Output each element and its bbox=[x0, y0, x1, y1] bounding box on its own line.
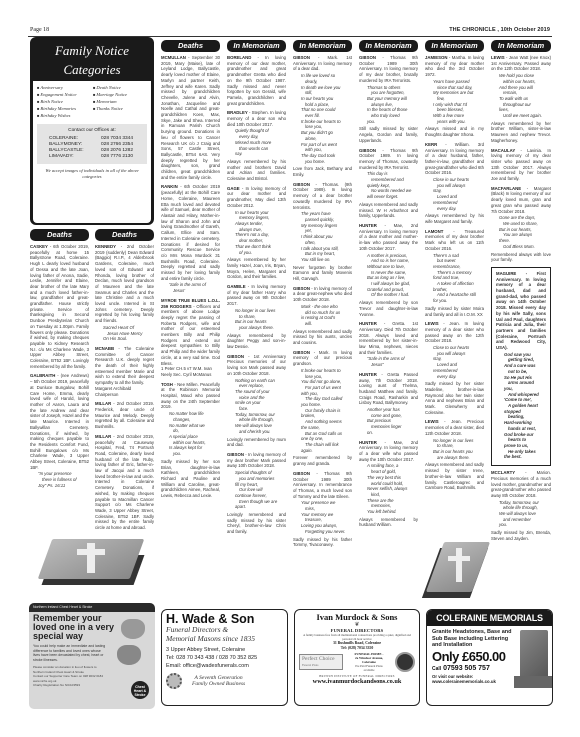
notice-text: - Officers and members of above Lodge de… bbox=[161, 304, 220, 366]
verse-line: the best. bbox=[504, 454, 546, 460]
murdock-funeral-ad[interactable]: Ivan Murdock & Sons ❦ FUNERAL DIRECTORS … bbox=[294, 609, 420, 706]
notice-text: - Gretta. 1st Anniversary. Died 7th Octo… bbox=[359, 321, 418, 355]
notice-closing: Sadly missed by her son Brian, daughter-… bbox=[161, 459, 220, 499]
category-item: Marriage Notice bbox=[93, 91, 147, 98]
verse-line: apart. bbox=[235, 504, 286, 510]
ad-headline: Remember your loved one in a very specia… bbox=[29, 612, 119, 641]
notice-verse: The years havepassed quickly,My memory l… bbox=[293, 211, 352, 262]
office-name: LIMAVADY: bbox=[49, 154, 74, 160]
ad-price: Only £650.00 bbox=[432, 649, 547, 665]
notice-closing: Sadly missed by Jim, Brenda, Steven and … bbox=[491, 530, 551, 541]
verse-line: for you. bbox=[433, 298, 484, 304]
notice-name: GIBSON bbox=[227, 354, 244, 359]
notice-name: JAMIESON bbox=[425, 55, 447, 60]
prepaid-note: Pre Paid Funeral Plans available bbox=[351, 665, 387, 672]
notice-closing: Forever remembered by granny and granda. bbox=[293, 455, 352, 466]
notice-name: GAGE bbox=[227, 186, 240, 191]
office-row: LIMAVADY:028 7776 2130 bbox=[43, 154, 141, 160]
verse-line: every day. bbox=[433, 206, 484, 212]
notice-closing: Love from Jack, Bethany and Emily. bbox=[293, 166, 352, 177]
family-notice-categories-box: Family Notice Categories Anniversary Dea… bbox=[30, 37, 154, 225]
notice-entry: KERR - William. 3rd Anniversary. In lovi… bbox=[425, 142, 484, 225]
notice-closing: Lovingly remembered by mum and dad. bbox=[227, 437, 286, 448]
notice-verse: "In your presencethere is fullness ofJoy… bbox=[30, 471, 89, 488]
section-header-deaths: Deaths bbox=[161, 40, 220, 52]
notice-entry: MAGUIRE - First Anniversary. In loving m… bbox=[491, 267, 551, 466]
heart-icon bbox=[117, 645, 141, 665]
notice-closing: Always remembered by his wife Margaret a… bbox=[425, 213, 484, 224]
notice-name: BRADLEY bbox=[227, 110, 248, 115]
verse-line: Joy" Ps. 16:11 bbox=[38, 483, 89, 489]
notice-entry: LEWIS - Jean Watt (nee Knox) 1st Anniver… bbox=[491, 55, 551, 144]
notice-name: KERR bbox=[425, 142, 437, 147]
notice-entry: MCNABB - The Coleraine Committee of Canc… bbox=[95, 346, 154, 397]
notice-verse: 'Safe in the arms ofJesus' bbox=[161, 282, 220, 293]
verse-line: will. bbox=[301, 321, 352, 327]
verse-line: of you. bbox=[235, 250, 286, 256]
notice-verse: Mark - the one whodid so much for usis r… bbox=[293, 304, 352, 327]
notice-verse: In our hearts yourmemory lingers,Always … bbox=[227, 210, 286, 256]
notice-text: - Gretta Passed away, 7th October 2018. … bbox=[359, 372, 418, 406]
notice-verse: "Safe in the arms ofJesus" bbox=[359, 356, 418, 367]
verse-line: you. bbox=[367, 119, 418, 125]
notice-entry: GIBSON - Mark. 1st Anniversary. In lovin… bbox=[293, 55, 352, 178]
notice-entry: RANKIN - 6th October 2019 (peacefully) a… bbox=[161, 184, 220, 293]
verse-line: Forgetting you never. bbox=[301, 529, 352, 535]
office-phone: 028 7776 2130 bbox=[101, 154, 133, 160]
notice-entry: MACAULAY - Lavinia. In loving memory of … bbox=[491, 148, 551, 182]
notice-name: HUNTER bbox=[359, 321, 377, 326]
verse-line: You left behind. bbox=[367, 509, 418, 515]
notice-name: TOSH bbox=[161, 382, 173, 387]
notice-name: GIBSON bbox=[293, 55, 310, 60]
verse-line: you. bbox=[499, 522, 551, 528]
notice-entry: GIBSON - Thomas 9th October 1989 30th An… bbox=[293, 471, 352, 548]
ad-description: A family business free from all multinat… bbox=[299, 634, 415, 641]
notice-entry: KENNEDY - 2nd October 2019 (suddenly) De… bbox=[95, 244, 154, 342]
section-header-deaths: Deaths bbox=[30, 229, 89, 241]
notice-signature: Margaret Archibald Chairperson bbox=[95, 386, 154, 397]
memoriam-column-1: In Memoriam BORELAND - In loving memory … bbox=[227, 40, 286, 539]
notice-name: HUNTER bbox=[359, 440, 377, 445]
verse-line: On His Soul. bbox=[103, 336, 154, 342]
verse-line: You still live on. bbox=[301, 257, 352, 263]
coleraine-memorials-ad[interactable]: COLERAINE MEMORIALS Granite Headstones, … bbox=[426, 609, 553, 706]
ad-website[interactable]: www.colerainememorials.co.uk bbox=[432, 679, 547, 685]
notice-signature: 1 Peter CH.5 v7 W.M. Ivan Neely Sec. Cyr… bbox=[161, 366, 220, 377]
notice-name: KENNEDY bbox=[95, 244, 116, 249]
verse-line: Of the mother I had. bbox=[367, 292, 418, 298]
lion-crest-icon bbox=[395, 652, 415, 672]
section-header-in-memoriam: In Memoriam bbox=[425, 40, 484, 52]
notice-name: MACAULAY bbox=[491, 148, 515, 153]
notice-name: MILLAR bbox=[95, 434, 111, 439]
ad-tagline: Family Owned Business bbox=[192, 681, 245, 688]
notice-name: LEWIS bbox=[491, 55, 505, 60]
notice-name: GIBSON bbox=[293, 471, 310, 476]
notice-closing: Lovingly remembered and sadly missed by … bbox=[227, 512, 286, 535]
notice-verse: A smiling face, aheart of gold,The very … bbox=[359, 463, 418, 514]
notice-entry: BORELAND - In loving memory of our dear … bbox=[227, 55, 286, 106]
notice-name: MCCLARTY bbox=[491, 470, 515, 475]
section-header-in-memoriam: In Memoriam bbox=[491, 40, 551, 52]
memoriam-column-5: In Memoriam LEWIS - Jean Watt (nee Knox)… bbox=[491, 40, 551, 546]
notice-closing: Always remembered by her brother William… bbox=[491, 121, 551, 144]
notice-entry: MCMULLAN - September 30 2019, Mary (Mais… bbox=[161, 55, 220, 180]
notice-name: MILLAR bbox=[95, 401, 111, 406]
notice-closing: Still sadly missed by sister Angela, Gor… bbox=[359, 126, 418, 143]
notice-entry: BRADLEY - Stephen. In loving memory of a… bbox=[227, 110, 286, 181]
notice-name: MAGUIRE bbox=[496, 271, 516, 276]
notice-verse: No longer in our livesto share,But in ou… bbox=[227, 308, 286, 331]
verse-line: will never forget. bbox=[367, 194, 418, 200]
notice-entry: GAMBLE - In loving memory of my dear fat… bbox=[227, 284, 286, 350]
notice-entry: HUNTER - Mae, 2nd Anniversary. In loving… bbox=[359, 440, 418, 529]
notice-closing: Always remembered by husband William. bbox=[359, 517, 418, 528]
notice-name: LEWIS bbox=[425, 419, 439, 424]
category-item: Birthday Wishes bbox=[37, 112, 91, 119]
seal-icon bbox=[166, 673, 182, 689]
ad-donation-note: Please consider an donation in lieu of f… bbox=[29, 665, 111, 674]
notice-text: - The Coleraine Committee of Cancer Rese… bbox=[95, 346, 154, 385]
notice-entry: LEWIS - Jean. In loving memory of a dear… bbox=[425, 321, 484, 415]
notice-verse: No longer in our livesto share,But in ou… bbox=[425, 438, 484, 461]
notice-name: GIBSON bbox=[293, 350, 310, 355]
page-header: Page 18 THE CHRONICLE , 10th October 201… bbox=[28, 25, 552, 37]
section-header-in-memoriam: In Memoriam bbox=[359, 40, 418, 52]
notice-verse: Special thoughts ofyou and memoriesfill … bbox=[227, 470, 286, 510]
notice-name: CASKEY bbox=[30, 244, 48, 249]
notice-entry: HUNTER - Gretta. 1st Anniversary. Died 7… bbox=[359, 321, 418, 368]
notice-closing: Always remembered by daughter Peggy and … bbox=[227, 333, 286, 350]
notice-text: - In loving memory of our dear mother, g… bbox=[227, 55, 286, 106]
verse-line: your always there. bbox=[235, 325, 286, 331]
notice-name: GIBSON bbox=[359, 55, 376, 60]
notice-closing: Remembered always with love your family. bbox=[491, 252, 551, 263]
notice-text: - Lavinia. In loving memory of my dear s… bbox=[491, 148, 551, 182]
notice-entry: MCCLARTY - Marion. Precious memories of … bbox=[491, 470, 551, 541]
ad-description: Granite Headstones, Base and Sub Base in… bbox=[432, 629, 512, 649]
notice-name: GIBSON bbox=[227, 452, 244, 457]
notice-entry: JAMIESON - Martha. In loving memory of m… bbox=[425, 55, 484, 138]
notice-name: LEWIS bbox=[425, 321, 439, 326]
notice-entry: CASKEY - 6th October 2019, peacefully at… bbox=[30, 244, 89, 369]
notice-name: HUNTER bbox=[359, 372, 377, 377]
notice-verse: We hold you closewithin our hearts,And t… bbox=[491, 73, 551, 119]
notice-verse: A mother is precious,And so is her name,… bbox=[359, 253, 418, 299]
ad-subtitle: Memorial Masons since 1835 bbox=[166, 635, 283, 644]
memoriam-column-3: In Memoriam GIBSON - Thomas 9th October … bbox=[359, 40, 418, 532]
notice-text: - First Anniversary. In loving memory of… bbox=[496, 271, 546, 350]
categories-title-line1: Family Notice bbox=[33, 43, 151, 59]
category-item: Thanks Notice bbox=[93, 105, 147, 112]
chs-logo: Chest Heart & Stroke bbox=[131, 681, 149, 699]
notice-text: - William. 3rd Anniversary. In loving me… bbox=[425, 142, 484, 176]
notice-name: GIBSON bbox=[359, 148, 376, 153]
verse-line: again. bbox=[301, 448, 352, 454]
images-note: We accept images of individuals in all o… bbox=[37, 168, 147, 180]
verse-line: say. bbox=[235, 151, 286, 157]
notice-name: HUNTER bbox=[359, 223, 377, 228]
notice-verse: No matter how lifechanges,No matter what… bbox=[161, 411, 220, 457]
notice-entry: GIBSON - 1st Anniversary Precious memori… bbox=[227, 354, 286, 448]
memoriam-column-4: In Memoriam JAMIESON - Martha. In loving… bbox=[425, 40, 484, 495]
notice-name: GIBSON bbox=[293, 286, 310, 291]
ad-phone: 07593 505 757 bbox=[443, 665, 490, 672]
notice-verse: Quietly thought ofevery day,Missed much … bbox=[227, 128, 286, 157]
notice-entry: MILLAR - 2nd October 2019. Frederick, de… bbox=[95, 401, 154, 430]
notice-verse: God saw yougetting tired,And a cure wasn… bbox=[496, 352, 546, 460]
ad-charity-number: Charity Registration No NIC103593 bbox=[29, 683, 111, 688]
notice-closing: Sadly missed by sister Moira and family … bbox=[425, 306, 484, 317]
ad-phone: Tel: 028 70 343 438 / 028 70 352 825 bbox=[166, 654, 283, 662]
category-item: Birth Notice bbox=[37, 98, 91, 105]
notice-closing: Sadly missed by his father Tommy, Tivaco… bbox=[293, 537, 352, 548]
notice-text: - 6th October 2019, peacefully at home 1… bbox=[30, 244, 89, 369]
notice-entry: GIBSON - In loving memory of my dear bro… bbox=[227, 452, 286, 535]
notice-name: LAMONT bbox=[425, 229, 443, 234]
masthead: THE CHRONICLE , 10th October 2019 bbox=[449, 27, 550, 33]
section-header-deaths: Deaths bbox=[95, 229, 154, 241]
verse-line: every day. bbox=[433, 374, 484, 380]
heart-icon bbox=[121, 619, 145, 639]
ad-address: 3 Upper Abbey Street, Coleraine bbox=[166, 646, 283, 654]
ad-body: You could help make an immediate and las… bbox=[29, 641, 111, 665]
verse-line: you home. bbox=[301, 159, 352, 165]
contact-title: Contact our Offices at: bbox=[43, 128, 141, 134]
notice-name: MCNABB bbox=[95, 346, 114, 351]
notice-entry: GIBSON - Thomas. (9th October 1989). In … bbox=[293, 182, 352, 282]
notice-closing: Always remembered by her family Hazel, J… bbox=[227, 257, 286, 280]
notice-verse: Today, tomorrow, ourwhole life through,W… bbox=[491, 500, 551, 529]
notice-verse: Gone are the days,We used to share,But i… bbox=[491, 215, 551, 249]
notice-name: MACFARLANE bbox=[491, 186, 521, 191]
verse-line: you. bbox=[169, 451, 220, 457]
notice-text: - 6th October 2019 (peacefully) at the B… bbox=[161, 184, 220, 280]
section-header-in-memoriam: In Memoriam bbox=[227, 40, 286, 52]
notice-verse: Thomas to othersyou are forgotten,But yo… bbox=[359, 85, 418, 125]
notice-entry: GALBRAITH - (nee Andrews) – 5th October … bbox=[30, 373, 89, 488]
charity-org-name: Northern Ireland Chest Heart & Stroke bbox=[29, 603, 155, 612]
notice-entry: TOSH - Nee Millen. Peacefully at the Rob… bbox=[161, 382, 220, 499]
notice-entry: MACFARLANE - Margaret (Black) In loving … bbox=[491, 186, 551, 263]
wade-funeral-ad[interactable]: H. Wade & Son Funeral Directors & Memori… bbox=[161, 609, 288, 706]
notice-entry: HUNTER - Mae, 2nd Anniversary. In loving… bbox=[359, 223, 418, 317]
category-list: Anniversary Death Notice Engagement Noti… bbox=[37, 84, 147, 119]
notice-text: - 2nd October 2019 (suddenly) Dean Edwar… bbox=[95, 244, 154, 323]
notice-verse: Close to our heartsyou will alwaysstay,L… bbox=[425, 345, 484, 379]
ad-title: COLERAINE MEMORIALS bbox=[427, 610, 552, 626]
ad-website[interactable]: www.ivanmurdockandsons.co.uk bbox=[299, 678, 415, 685]
chest-heart-stroke-ad[interactable]: Northern Ireland Chest Heart & Stroke Re… bbox=[29, 603, 155, 709]
ad-phone: Tel: (028) 7034 3350 bbox=[299, 646, 415, 650]
notice-entry: GAGE - In loving memory of our dear moth… bbox=[227, 186, 286, 280]
call-label: Call bbox=[432, 666, 441, 672]
notice-verse: Another year hascome and gone,But precio… bbox=[359, 407, 418, 436]
verse-line: years with you. bbox=[433, 119, 484, 125]
bible-icon bbox=[425, 540, 485, 600]
notice-entry: GIBSON - In loving memory of a dear grea… bbox=[293, 286, 352, 346]
notice-closing: Always remembered and sadly missed by si… bbox=[425, 462, 484, 491]
notice-verse: This day isremembered andquietly kept,No… bbox=[359, 171, 418, 200]
notice-verse: Nothing on earth canever replace,The sou… bbox=[227, 378, 286, 435]
notice-name: GIBSON bbox=[293, 182, 310, 187]
memoriam-column-2: In Memoriam GIBSON - Mark. 1st Anniversa… bbox=[293, 40, 352, 552]
notice-name: GAMBLE bbox=[227, 284, 246, 289]
notice-entry: MYROE TRUE BLUES L.O.L. 259 RODGERS - Of… bbox=[161, 298, 220, 378]
notice-verse: Sacred Heart OfJesus Have MercyOn His So… bbox=[95, 325, 154, 342]
perfect-choice-logo: Perfect Choice Funeral Plans bbox=[299, 654, 343, 670]
verse-line: Jesus" bbox=[367, 362, 418, 368]
notice-entry: MILLAR - 2nd October 2019, peacefully at… bbox=[95, 434, 154, 531]
notice-closing: Always missed and in my thoughts daughte… bbox=[425, 126, 484, 137]
deaths-column-2: Deaths KENNEDY - 2nd October 2019 (sudde… bbox=[95, 229, 154, 535]
notice-name: BORELAND bbox=[227, 55, 251, 60]
notice-closing: Always remembered by son Trevor and daug… bbox=[359, 300, 418, 317]
notice-verse: Close in our heartsyou will alwaysstay,L… bbox=[425, 177, 484, 211]
notice-verse: There's a sadbut sweetremembrance,There'… bbox=[425, 253, 484, 304]
notice-entry: LEWIS - Jean. Precious memories of a dea… bbox=[425, 419, 484, 490]
notice-closing: Sadly missed by her sister Madeline, bro… bbox=[425, 381, 484, 415]
notice-closing: Always remembered by his mother and brot… bbox=[227, 159, 286, 182]
notice-text: - (nee Andrews) – 5th October 2019, peac… bbox=[30, 373, 89, 469]
categories-title-line2: Categories bbox=[33, 62, 151, 78]
verse-line: on. bbox=[367, 430, 418, 436]
category-item: Engagement Notice bbox=[37, 91, 91, 98]
section-header-in-memoriam: In Memoriam bbox=[293, 40, 352, 52]
notice-closing: Never forgotten by brother Eamonn and fa… bbox=[293, 265, 352, 282]
ad-contact: Contact our Supporter Care Team on 028 9… bbox=[29, 674, 111, 683]
verse-line: Until we meet again. bbox=[499, 113, 551, 119]
notice-name: MCMULLAN bbox=[161, 55, 186, 60]
notice-closing: Always remembered and sadly missed by hi… bbox=[293, 329, 352, 346]
verse-line: and cherish you. bbox=[235, 429, 286, 435]
notice-entry: GIBSON - Thomas 9th October 1989. In lov… bbox=[359, 148, 418, 219]
ad-title: Ivan Murdock & Sons bbox=[299, 612, 415, 622]
category-item: Memoriam bbox=[93, 98, 147, 105]
notice-verse: Your presence wemiss,Your memory wetreas… bbox=[293, 500, 352, 534]
notice-text: - 2nd October 2019, peacefully at Causew… bbox=[95, 434, 154, 530]
deaths-column-3: Deaths MCMULLAN - September 30 2019, Mar… bbox=[161, 40, 220, 503]
deaths-column-1: Deaths CASKEY - 6th October 2019, peacef… bbox=[30, 229, 89, 493]
contact-offices-panel: Contact our Offices at: COLERAINE:028 70… bbox=[37, 124, 147, 164]
funeral-home-address: 2a Windsor Avenue, Coleraine bbox=[351, 656, 387, 664]
notice-verse: It broke our hearts tolose you,You did n… bbox=[293, 368, 352, 454]
notice-name: RANKIN bbox=[161, 184, 178, 189]
notice-entry: HUNTER - Gretta Passed away, 7th October… bbox=[359, 372, 418, 436]
page-number: Page 18 bbox=[30, 27, 49, 33]
verse-line: God Bless Mum. bbox=[499, 244, 551, 250]
category-item: Anniversary bbox=[37, 84, 91, 91]
notice-entry: GIBSON - Thomas 9th October 1989 30th An… bbox=[359, 55, 418, 144]
category-item: Death Notice bbox=[93, 84, 147, 91]
verse-line: are always there. bbox=[433, 455, 484, 461]
verse-line: Jesus' bbox=[169, 288, 220, 294]
notice-entry: GIBSON - Mark. In loving memory of our p… bbox=[293, 350, 352, 467]
notice-closing: Always remembered and sadly missed. W H … bbox=[359, 202, 418, 219]
notice-entry: LAMONT - Treasured memories of my dear b… bbox=[425, 229, 484, 318]
category-item: Birthday Memories bbox=[37, 105, 91, 112]
notice-verse: In life we loved sodearly,In death we lo… bbox=[293, 73, 352, 164]
notice-text: - September 30 2019, Mary (Maise), late … bbox=[161, 55, 220, 180]
notice-name: GALBRAITH bbox=[30, 373, 55, 378]
notice-verse: Years have passedsince that sad day,My m… bbox=[425, 79, 484, 125]
ad-email[interactable]: Email: office@wadesfunerals.com bbox=[166, 662, 283, 670]
bible-icon bbox=[35, 535, 145, 590]
